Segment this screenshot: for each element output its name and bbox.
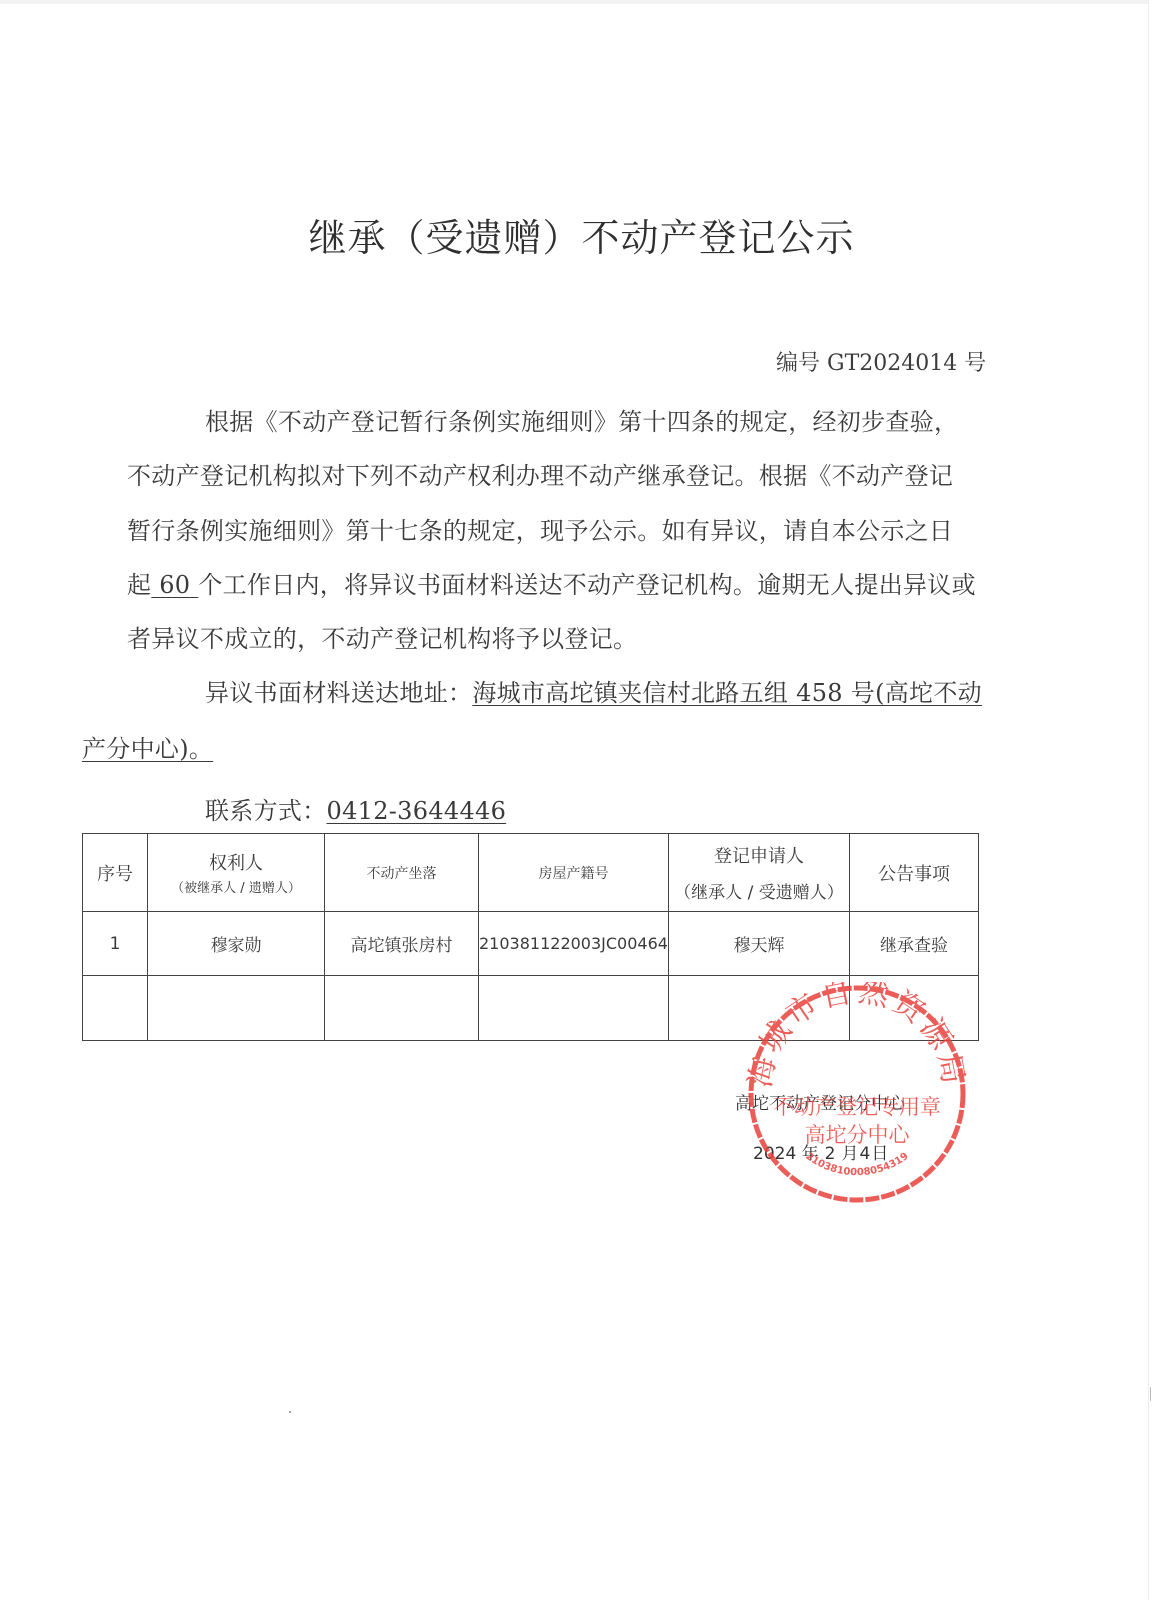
address-line-2: 产分中心)。 — [82, 729, 213, 764]
address-line-1: 异议书面材料送达地址：海城市高坨镇夹信村北路五组 458 号(高坨不动 — [205, 673, 982, 708]
contact-line: 联系方式：0412-3644446 — [205, 791, 506, 826]
seal-inner-text: 高坨分中心 — [805, 1123, 911, 1147]
paragraph-line-3: 暂行条例实施细则》第十七条的规定，现予公示。如有异议，请自本公示之日 — [127, 511, 953, 546]
address-label: 异议书面材料送达地址： — [205, 679, 472, 707]
scan-top-edge — [0, 0, 1149, 4]
scan-speck — [289, 1411, 291, 1413]
header-applicant-sub: （继承人 / 受遗赠人） — [669, 878, 849, 903]
cell-seq — [83, 976, 148, 1041]
cell-owner — [148, 976, 325, 1041]
official-seal-icon: 海城市自然资源局 不动产登记专用章 高坨分中心 2103810008054319 — [745, 982, 969, 1206]
seal-middle-text: 不动产登记专用章 — [773, 1095, 941, 1119]
table-row: 1 穆家勋 高坨镇张房村 210381122003JC00464 穆天辉 继承查… — [83, 912, 979, 976]
cell-location — [325, 976, 479, 1041]
header-applicant-label: 登记申请人 — [714, 846, 804, 867]
cell-owner: 穆家勋 — [148, 912, 325, 976]
paragraph-line-4-pre: 起 — [127, 571, 151, 599]
cell-applicant: 穆天辉 — [668, 912, 849, 976]
seal-outer-text: 海城市自然资源局 — [745, 982, 969, 1090]
document-number: 编号 GT2024014 号 — [776, 346, 986, 377]
header-owner: 权利人 （被继承人 / 遗赠人） — [148, 834, 325, 912]
paragraph-line-4: 起 60 个工作日内，将异议书面材料送达不动产登记机构。逾期无人提出异议或 — [127, 565, 976, 600]
header-location: 不动产坐落 — [325, 834, 479, 912]
scan-speck — [1150, 1387, 1151, 1401]
address-value-cont: 产分中心)。 — [82, 735, 213, 763]
address-value: 海城市高坨镇夹信村北路五组 458 号(高坨不动 — [472, 679, 982, 707]
cell-house-no: 210381122003JC00464 — [479, 912, 669, 976]
paragraph-line-1: 根据《不动产登记暂行条例实施细则》第十四条的规定，经初步查验， — [205, 402, 958, 437]
header-seq: 序号 — [83, 834, 148, 912]
header-house-no: 房屋产籍号 — [479, 834, 669, 912]
header-owner-label: 权利人 — [209, 853, 263, 874]
paragraph-line-4-post: 个工作日内，将异议书面材料送达不动产登记机构。逾期无人提出异议或 — [198, 571, 976, 599]
contact-label: 联系方式： — [205, 797, 327, 825]
cell-house-no — [479, 976, 669, 1041]
paragraph-line-2: 不动产登记机构拟对下列不动产权利办理不动产继承登记。根据《不动产登记 — [127, 456, 953, 491]
paragraph-line-5: 者异议不成立的，不动产登记机构将予以登记。 — [127, 619, 637, 654]
cell-seq: 1 — [83, 912, 148, 976]
cell-location: 高坨镇张房村 — [325, 912, 479, 976]
table-header-row: 序号 权利人 （被继承人 / 遗赠人） 不动产坐落 房屋产籍号 登记申请人 （继… — [83, 834, 979, 912]
header-applicant: 登记申请人 （继承人 / 受遗赠人） — [668, 834, 849, 912]
document-title: 继承（受遗赠）不动产登记公示 — [0, 207, 1163, 262]
header-owner-sub: （被继承人 / 遗赠人） — [148, 877, 324, 896]
seal-code: 2103810008054319 — [803, 1151, 910, 1178]
header-notice: 公告事项 — [849, 834, 978, 912]
objection-days: 60 — [151, 571, 198, 599]
contact-phone: 0412-3644446 — [327, 797, 507, 825]
cell-notice: 继承查验 — [849, 912, 978, 976]
